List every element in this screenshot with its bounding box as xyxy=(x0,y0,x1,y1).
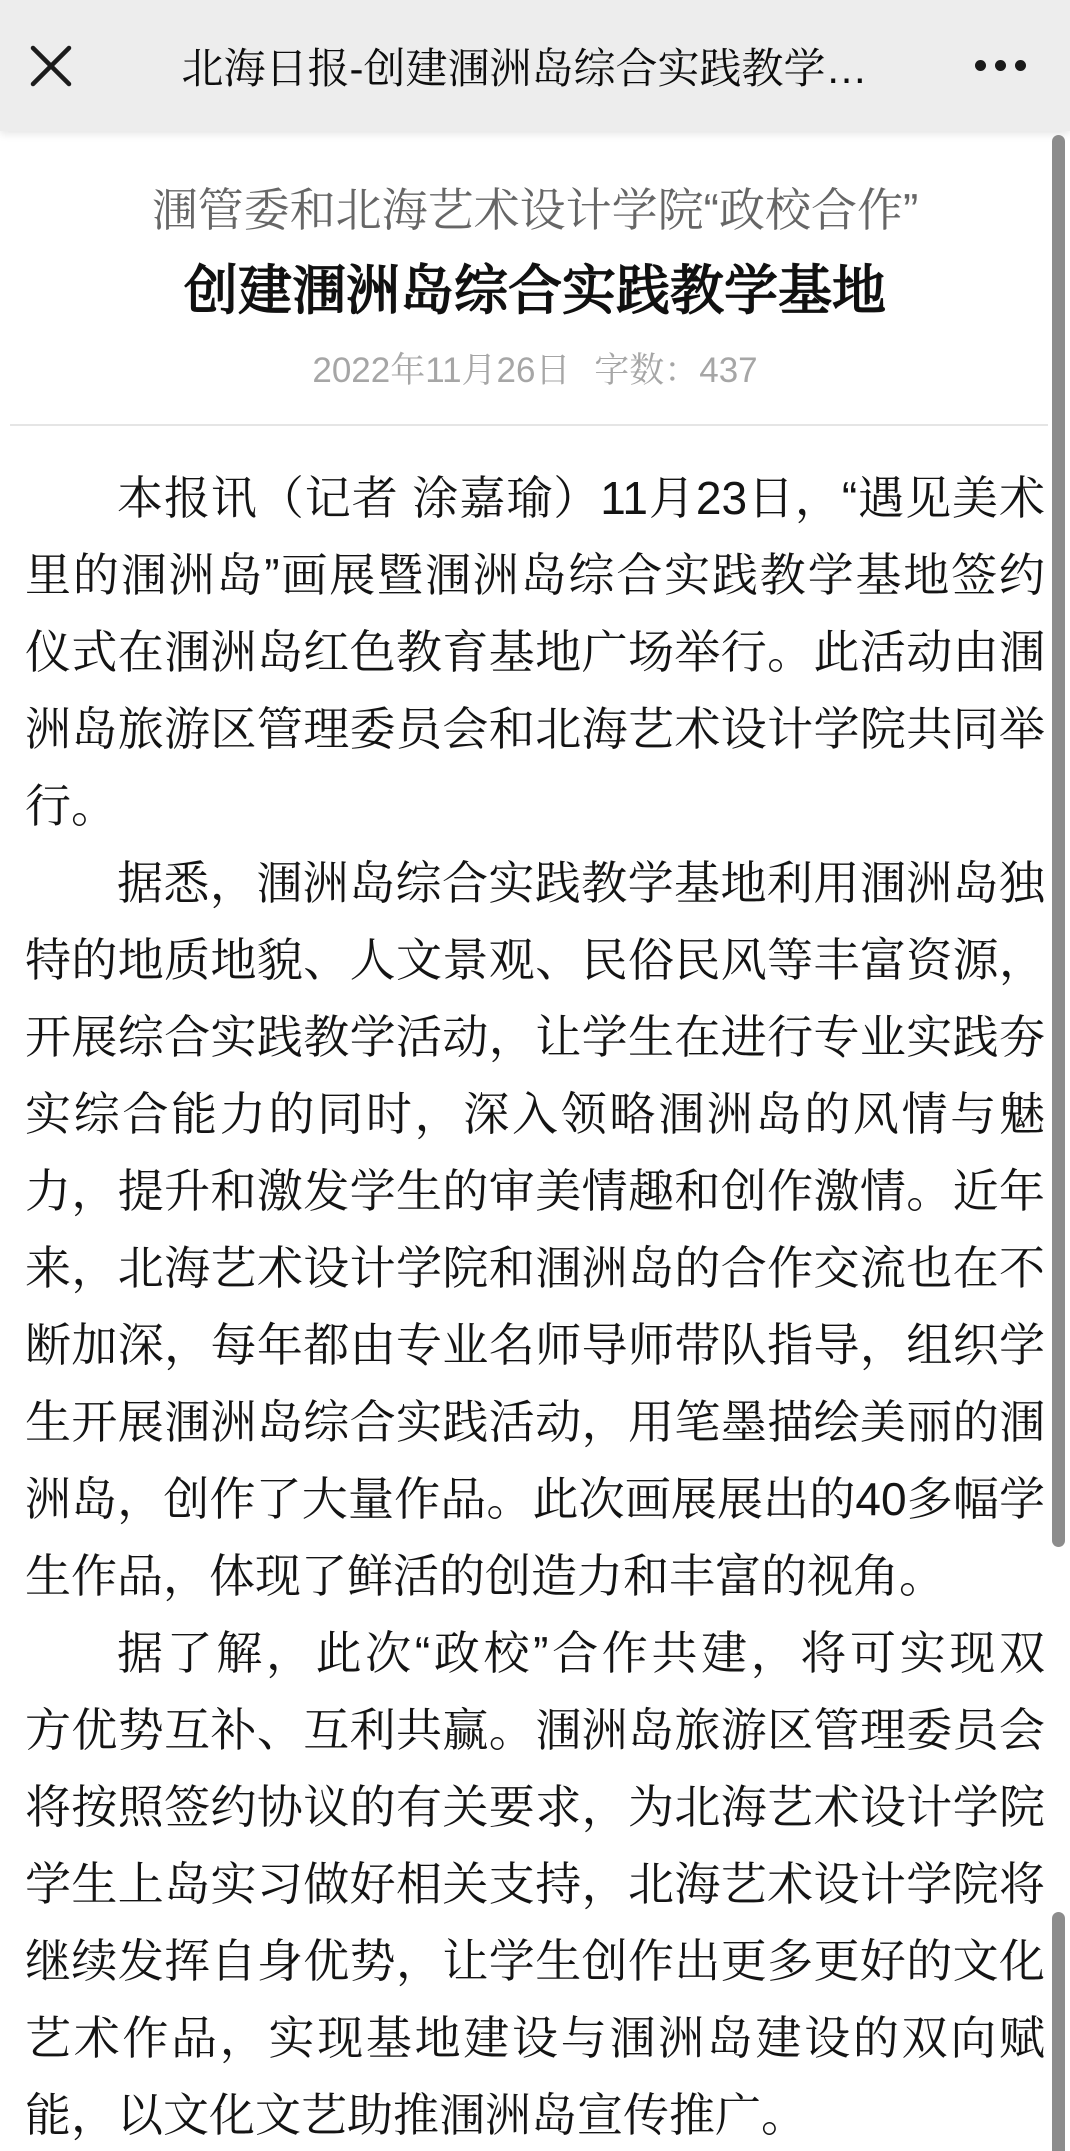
article-date: 2022年11月26日 xyxy=(312,351,570,390)
article-word-count: 字数：437 xyxy=(594,351,757,390)
body-text-line: 本报讯（记者 涂嘉瑜）11月23日，“遇见美术 xyxy=(25,460,1045,537)
body-text-line: 来，北海艺术设计学院和涠洲岛的合作交流也在不 xyxy=(25,1230,1045,1307)
body-text-line: 将按照签约协议的有关要求，为北海艺术设计学院 xyxy=(25,1769,1045,1846)
ellipsis-dot xyxy=(975,60,986,71)
article-subtitle: 涠管委和北海艺术设计学院“政校合作” xyxy=(0,180,1070,240)
body-text-line: 力，提升和激发学生的审美情趣和创作激情。近年 xyxy=(25,1153,1045,1230)
body-text-line: 学生上岛实习做好相关支持，北海艺术设计学院将 xyxy=(25,1846,1045,1923)
body-text-line: 开展综合实践教学活动，让学生在进行专业实践夯 xyxy=(25,999,1045,1076)
body-text-line: 艺术作品，实现基地建设与涠洲岛建设的双向赋 xyxy=(25,2000,1045,2077)
body-text-line: 仪式在涠洲岛红色教育基地广场举行。此活动由涠 xyxy=(25,614,1045,691)
body-text-line: 特的地质地貌、人文景观、民俗民风等丰富资源， xyxy=(25,922,1045,999)
close-icon xyxy=(30,45,72,87)
body-text-line: 方优势互补、互利共赢。涠洲岛旅游区管理委员会 xyxy=(25,1692,1045,1769)
body-text-line: 实综合能力的同时，深入领略涠洲岛的风情与魅 xyxy=(25,1076,1045,1153)
scrollbar-thumb-upper[interactable] xyxy=(1052,135,1065,1547)
navbar: 北海日报-创建涠洲岛综合实践教学… xyxy=(0,0,1070,131)
body-text-line: 继续发挥自身优势，让学生创作出更多更好的文化 xyxy=(25,1923,1045,2000)
ellipsis-dot xyxy=(995,60,1006,71)
body-text-line: 能，以文化文艺助推涠洲岛宣传推广。 xyxy=(25,2077,1045,2151)
body-text-line: 据悉，涠洲岛综合实践教学基地利用涠洲岛独 xyxy=(25,845,1045,922)
body-text-line: 里的涠洲岛”画展暨涠洲岛综合实践教学基地签约 xyxy=(25,537,1045,614)
article-body: 本报讯（记者 涂嘉瑜）11月23日，“遇见美术里的涠洲岛”画展暨涠洲岛综合实践教… xyxy=(0,460,1070,2151)
body-text-line: 生作品，体现了鲜活的创造力和丰富的视角。 xyxy=(25,1538,1045,1615)
body-text-line: 行。 xyxy=(25,768,1045,845)
ellipsis-dot xyxy=(1015,60,1026,71)
body-text-line: 洲岛旅游区管理委员会和北海艺术设计学院共同举 xyxy=(25,691,1045,768)
divider xyxy=(10,424,1048,426)
scrollbar-thumb-lower[interactable] xyxy=(1052,1912,1065,2151)
article-title: 创建涠洲岛综合实践教学基地 xyxy=(0,256,1070,326)
article-document: 涠管委和北海艺术设计学院“政校合作” 创建涠洲岛综合实践教学基地 2022年11… xyxy=(0,131,1070,2151)
more-menu-button[interactable] xyxy=(975,50,1026,81)
body-text-line: 生开展涠洲岛综合实践活动，用笔墨描绘美丽的涠 xyxy=(25,1384,1045,1461)
body-text-line: 断加深，每年都由专业名师导师带队指导，组织学 xyxy=(25,1307,1045,1384)
close-button[interactable] xyxy=(28,43,74,89)
page-title: 北海日报-创建涠洲岛综合实践教学… xyxy=(74,36,975,96)
article-meta: 2022年11月26日 字数：437 xyxy=(0,348,1070,394)
body-text-line: 据了解，此次“政校”合作共建，将可实现双 xyxy=(25,1615,1045,1692)
body-text-line: 洲岛，创作了大量作品。此次画展展出的40多幅学 xyxy=(25,1461,1045,1538)
